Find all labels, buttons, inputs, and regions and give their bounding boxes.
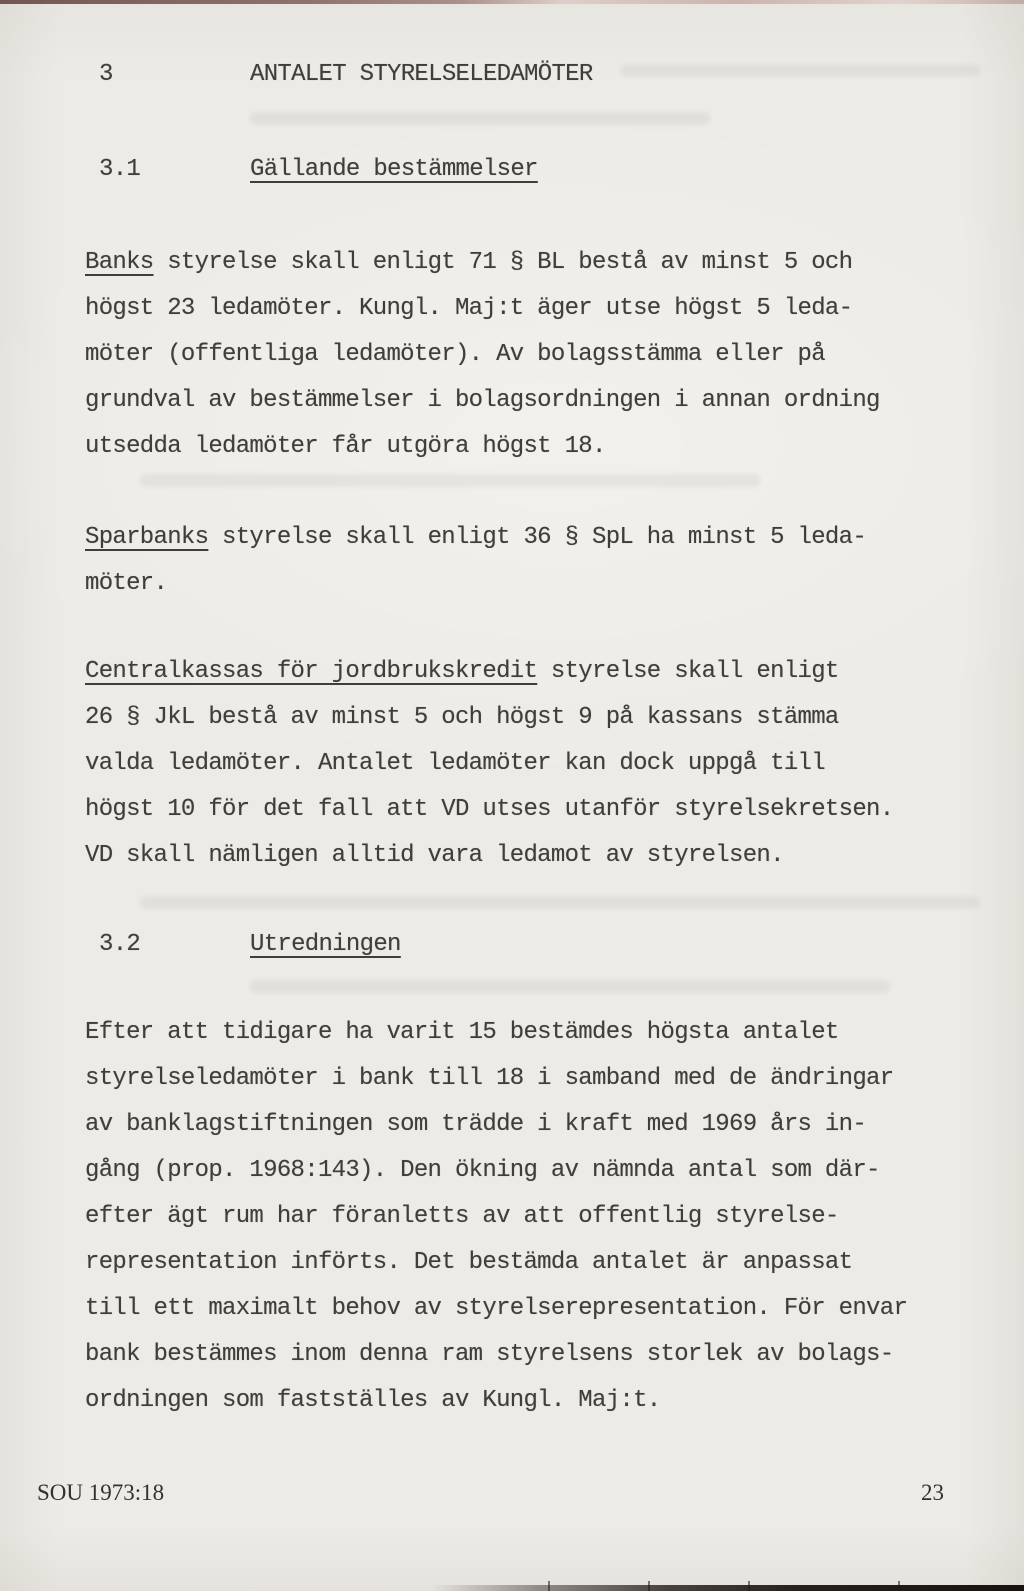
scan-edge-tick [748,1581,750,1591]
bleed-through-artifact [140,474,760,487]
text-line: styrelseledamöter i bank till 18 i samba… [85,1056,907,1102]
paragraph: Centralkassas för jordbrukskredit styrel… [85,649,893,879]
text-line: gång (prop. 1968:143). Den ökning av näm… [85,1148,907,1194]
underlined-term: Centralkassas för jordbrukskredit [85,658,537,685]
section-heading: Gällande bestämmelser [250,147,538,193]
scan-edge-tick [548,1581,550,1591]
text-line: bank bestämmes inom denna ram styrelsens… [85,1332,907,1378]
scan-edge-artifact-top [0,0,1024,4]
text-line: högst 10 för det fall att VD utses utanf… [85,787,893,833]
underlined-term: Banks [85,249,154,276]
text-line: efter ägt rum har föranletts av att offe… [85,1194,907,1240]
section-number: 3.1 [99,147,140,193]
text-line: möter. [85,561,866,607]
text-line: ordningen som fastställes av Kungl. Maj:… [85,1378,907,1424]
text-line: VD skall nämligen alltid vara ledamot av… [85,833,893,879]
scan-edge-artifact-bottom [430,1585,1024,1591]
bleed-through-artifact [140,896,980,909]
text-line: Sparbanks styrelse skall enligt 36 § SpL… [85,515,866,561]
section-number: 3.2 [99,922,140,968]
text-line: Centralkassas för jordbrukskredit styrel… [85,649,893,695]
text-line: 26 § JkL bestå av minst 5 och högst 9 på… [85,695,893,741]
text-line: Banks styrelse skall enligt 71 § BL best… [85,240,880,286]
text-line: Efter att tidigare ha varit 15 bestämdes… [85,1010,907,1056]
text-line: grundval av bestämmelser i bolagsordning… [85,378,880,424]
footer-page-number: 23 [921,1470,944,1516]
section-heading: Utredningen [250,922,401,968]
text-line: valda ledamöter. Antalet ledamöter kan d… [85,741,893,787]
underlined-term: Sparbanks [85,524,208,551]
footer-report-id: SOU 1973:18 [37,1470,164,1516]
scan-edge-tick [898,1581,900,1591]
text-line: av banklagstiftningen som trädde i kraft… [85,1102,907,1148]
chapter-title: ANTALET STYRELSELEDAMÖTER [250,52,593,98]
scanned-document-page: 3 ANTALET STYRELSELEDAMÖTER 3.1 Gällande… [0,0,1024,1591]
paragraph: Efter att tidigare ha varit 15 bestämdes… [85,1010,907,1424]
text-line: utsedda ledamöter får utgöra högst 18. [85,424,880,470]
text-line: möter (offentliga ledamöter). Av bolagss… [85,332,880,378]
paragraph: Banks styrelse skall enligt 71 § BL best… [85,240,880,470]
scan-edge-tick [648,1581,650,1591]
paragraph: Sparbanks styrelse skall enligt 36 § SpL… [85,515,866,607]
text-line: representation införts. Det bestämda ant… [85,1240,907,1286]
text-line: högst 23 ledamöter. Kungl. Maj:t äger ut… [85,286,880,332]
text-line: till ett maximalt behov av styrelserepre… [85,1286,907,1332]
chapter-number: 3 [99,52,113,98]
